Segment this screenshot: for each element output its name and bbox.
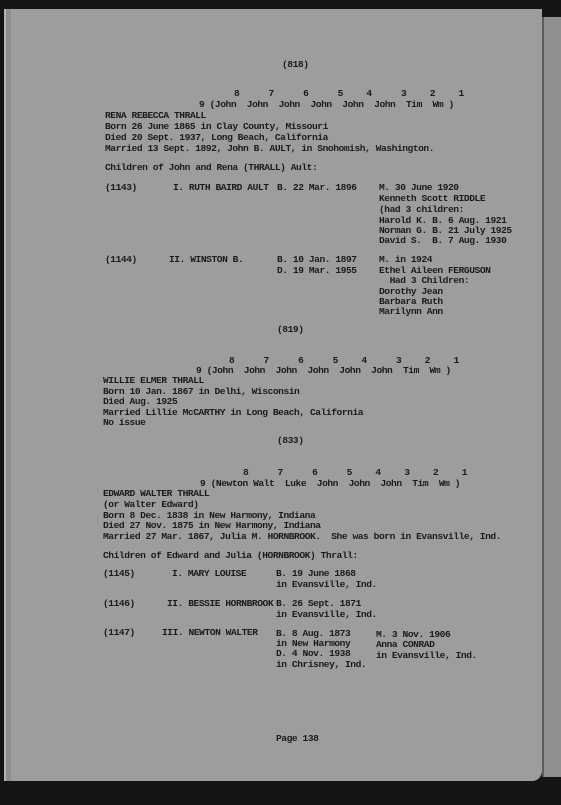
child-name: I. MARY LOUISE bbox=[172, 568, 246, 580]
page-number: Page 138 bbox=[276, 733, 318, 745]
child-birthplace: in Evansville, Ind. bbox=[276, 609, 377, 621]
entry-id: (818) bbox=[282, 59, 309, 71]
child-number: (1144) bbox=[105, 254, 137, 266]
child-name: I. RUTH BAIRD AULT bbox=[173, 182, 269, 194]
entry-id: (819) bbox=[277, 324, 304, 336]
child-name: II. WINSTON B. bbox=[169, 254, 243, 266]
child-name: III. NEWTON WALTER bbox=[162, 627, 258, 639]
person-detail: Married 27 Mar. 1867, Julia M. HORNBROOK… bbox=[103, 531, 501, 543]
lineage-names: 9 (John John John John John John Tim Wm … bbox=[199, 99, 454, 111]
adjacent-page-edge bbox=[542, 17, 561, 777]
child-name: II. BESSIE HORNBROOK bbox=[167, 598, 273, 610]
child-marriage: David S. B. 7 Aug. 1930 bbox=[379, 235, 506, 247]
person-detail: Married 13 Sept. 1892, John B. AULT, in … bbox=[105, 143, 434, 155]
child-number: (1143) bbox=[105, 182, 137, 194]
person-detail: No issue bbox=[103, 417, 145, 429]
child-birth: B. 22 Mar. 1896 bbox=[277, 182, 357, 194]
child-number: (1145) bbox=[103, 568, 135, 580]
children-heading: Children of John and Rena (THRALL) Ault: bbox=[105, 162, 317, 174]
child-number: (1147) bbox=[103, 627, 135, 639]
child-number: (1146) bbox=[103, 598, 135, 610]
child-death: D. 19 Mar. 1955 bbox=[277, 265, 357, 277]
lineage-names: 9 (John John John John John John Tim Wm … bbox=[196, 365, 451, 377]
child-marriage: Marilynn Ann bbox=[379, 306, 443, 318]
children-heading: Children of Edward and Julia (HORNBROOK)… bbox=[103, 550, 358, 562]
child-marriage: in Evansville, Ind. bbox=[376, 650, 477, 662]
entry-id: (833) bbox=[277, 435, 304, 447]
child-deathplace: in Chrisney, Ind. bbox=[276, 659, 366, 671]
lineage-names: 9 (Newton Walt Luke John John John Tim W… bbox=[200, 478, 460, 490]
child-birthplace: in Evansville, Ind. bbox=[276, 579, 377, 591]
